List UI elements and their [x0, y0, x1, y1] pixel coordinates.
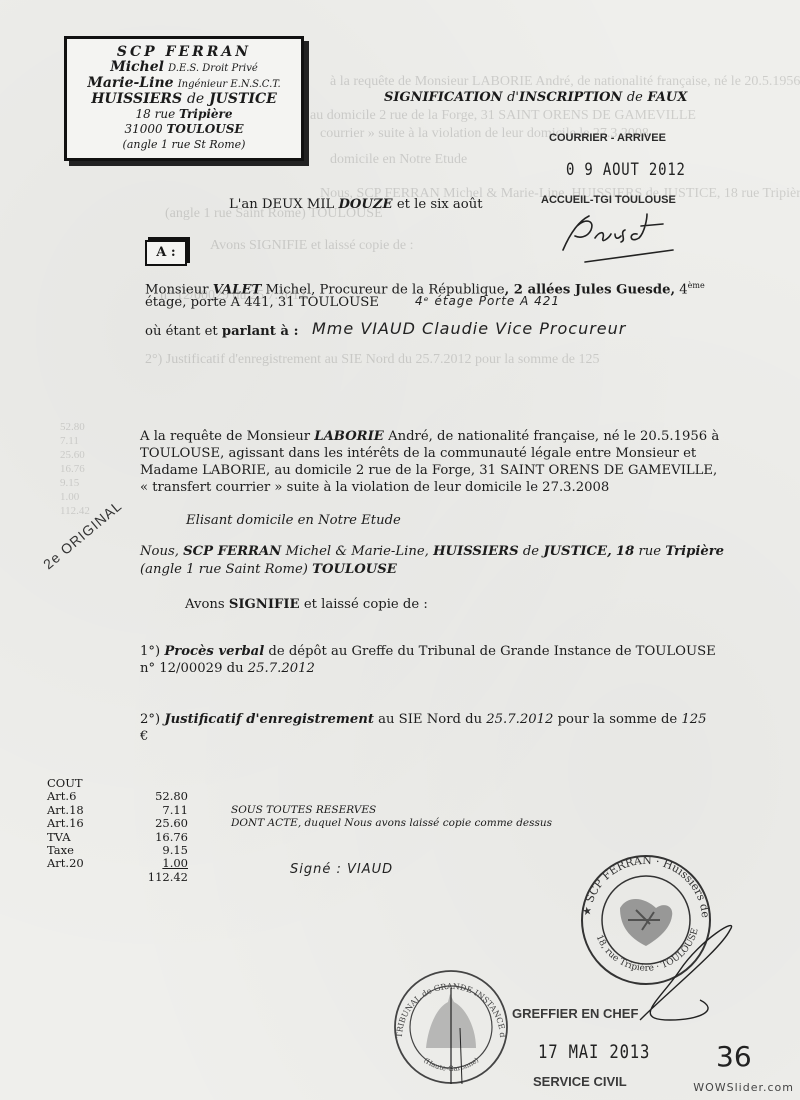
- cost-header: COUT: [47, 777, 188, 790]
- bleed-through-text: 2°) Justificatif d'enregistrement au SIE…: [145, 352, 599, 368]
- cost-row: TVA16.76: [47, 831, 188, 844]
- document-title: SIGNIFICATION d'INSCRIPTION de FAUX: [384, 90, 687, 105]
- handwritten-correction: 4ᵉ étage Porte A 421: [415, 294, 560, 308]
- letterhead: SCP FERRAN Michel D.E.S. Droit Privé Mar…: [64, 36, 304, 161]
- request-line-2: TOULOUSE, agissant dans les intérêts de …: [140, 445, 719, 462]
- elected-domicile: Elisant domicile en Notre Etude: [186, 512, 401, 529]
- speaking-to-handwritten: Mme VIAUD Claudie Vice Procureur: [312, 319, 626, 338]
- street-address: 18 rue Tripière: [67, 107, 301, 122]
- cost-row: Art.201.00: [47, 857, 188, 870]
- reception-stamp-label: COURRIER - ARRIVEE: [549, 132, 666, 144]
- cost-row: Art.652.80: [47, 790, 188, 803]
- item-1: 1°) Procès verbal de dépôt au Greffe du …: [140, 643, 716, 677]
- bailiff-signature: [630, 920, 750, 1030]
- greffe-date: 17 MAI 2013: [538, 1041, 650, 1063]
- reception-stamp-date: 0 9 AOUT 2012: [566, 160, 686, 180]
- closing-text: SOUS TOUTES RESERVES DONT ACTE, duquel N…: [231, 804, 552, 830]
- partner-2: Marie-Line Ingénieur E.N.S.C.T.: [67, 76, 301, 92]
- cost-row: Taxe9.15: [47, 844, 188, 857]
- bleed-through-costs: 52.807.1125.6016.769.151.00112.42: [60, 420, 90, 518]
- signified-line: Avons SIGNIFIE et laissé copie de :: [185, 596, 428, 613]
- watermark: WOWSlider.com: [693, 1081, 794, 1094]
- speaking-to-label: où étant et parlant à :: [145, 323, 298, 340]
- recipient-line-2: étage, porte A 441, 31 TOULOUSE: [145, 294, 379, 311]
- request-line-3: Madame LABORIE, au domicile 2 rue de la …: [140, 462, 719, 479]
- bailiffs-line-2: (angle 1 rue Saint Rome) TOULOUSE: [140, 561, 397, 578]
- closing-line-1: SOUS TOUTES RESERVES: [231, 804, 552, 817]
- reception-signature: [555, 208, 685, 268]
- signed-handwritten: Signé : VIAUD: [290, 862, 393, 877]
- greffe-service: SERVICE CIVIL: [533, 1074, 627, 1089]
- bleed-through-text: domicile en Notre Etude: [330, 152, 467, 168]
- corner-address: (angle 1 rue St Rome): [67, 137, 301, 152]
- page-number: 36: [716, 1040, 752, 1073]
- request-line-4: « transfert courrier » suite à la violat…: [140, 479, 719, 496]
- bleed-through-text: à la requête de Monsieur LABORIE André, …: [330, 74, 800, 90]
- document-page: à la requête de Monsieur LABORIE André, …: [0, 0, 800, 1100]
- court-seal: TRIBUNAL de GRANDE INSTANCE de TOULOUSE …: [392, 968, 510, 1086]
- recipient-label-box: A :: [145, 240, 187, 266]
- cost-row: Art.187.11: [47, 804, 188, 817]
- date-line: L'an DEUX MIL DOUZE et le six août: [229, 196, 483, 213]
- firm-name: SCP FERRAN: [67, 45, 301, 60]
- cost-table: COUT Art.652.80 Art.187.11 Art.1625.60 T…: [47, 777, 188, 884]
- cost-total: 112.42: [47, 871, 188, 884]
- bleed-through-text: au domicile 2 rue de la Forge, 31 SAINT …: [310, 108, 696, 124]
- greffe-label: GREFFIER EN CHEF: [512, 1006, 638, 1021]
- request-paragraph: A la requête de Monsieur LABORIE André, …: [140, 428, 719, 496]
- profession: HUISSIERS de JUSTICE: [67, 92, 301, 107]
- partner-1: Michel D.E.S. Droit Privé: [67, 60, 301, 76]
- city-address: 31000 TOULOUSE: [67, 122, 301, 137]
- reception-stamp-office: ACCUEIL-TGI TOULOUSE: [541, 194, 676, 206]
- closing-line-2: DONT ACTE, duquel Nous avons laissé copi…: [231, 817, 552, 830]
- item-2: 2°) Justificatif d'enregistrement au SIE…: [140, 711, 707, 745]
- bleed-through-text: Avons SIGNIFIE et laissé copie de :: [210, 238, 413, 254]
- bailiffs-line-1: Nous, SCP FERRAN Michel & Marie-Line, HU…: [140, 543, 724, 560]
- request-line-1: A la requête de Monsieur LABORIE André, …: [140, 428, 719, 445]
- cost-row: Art.1625.60: [47, 817, 188, 830]
